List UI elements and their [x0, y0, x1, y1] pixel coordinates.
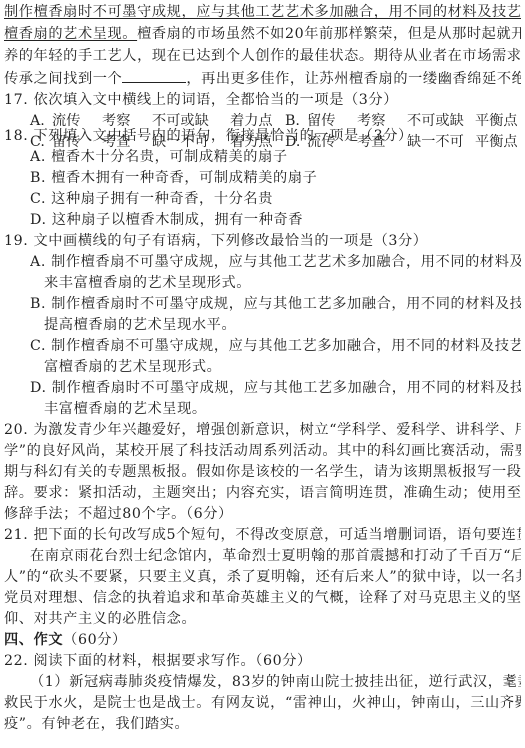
q19-option-d-line-2: 丰富檀香扇的艺术呈现。: [44, 399, 521, 420]
q20-line-4: 辞。要求：紧扣活动，主题突出；内容充实，语言简明连贯，准确生动；使用至少两种: [4, 483, 521, 504]
q18-option-a: A. 檀香木十分名贵，可制成精美的扇子: [30, 147, 521, 168]
q20-line-2: 学”的良好风尚，某校开展了科技活动周系列活动。其中的科幻画比赛活动，需要出一: [4, 441, 521, 462]
q18-option-b: B. 檀香木拥有一种奇香，可制成精美的扇子: [30, 168, 521, 189]
q18-option-d: D. 这种扇子以檀香木制成，拥有一种奇香: [30, 210, 521, 231]
fill-blank: [122, 68, 186, 83]
section-score: （60分）: [63, 632, 127, 648]
q22-material-1-line-1: （1）新冠病毒肺炎疫情爆发，83岁的钟南山院士披挂出征，逆行武汉，耄耋之年: [30, 672, 521, 693]
underlined-sentence-end: 檀香扇的艺术呈现。: [4, 26, 137, 42]
q18-option-c: C. 这种扇子拥有一种奇香，十分名贵: [30, 189, 521, 210]
q21-passage-line-3: 党员对理想、信念的执着追求和革命英雄主义的气概，诠释了对马克思主义的坚定信: [4, 588, 521, 609]
q21-stem: 21. 把下面的长句改写成5个短句，不得改变原意，可适当增删词语，语句要连贯。（…: [4, 525, 521, 546]
passage-text: 传承之间找到一个: [4, 71, 122, 87]
passage-text: ，再出更多佳作，让苏州檀香扇的一缕幽香绵延不绝。: [186, 71, 521, 87]
passage-text: 檀香扇的市场虽然不如20年前那样繁荣，但是从那时起就开始培: [137, 26, 521, 42]
passage-line-1: 制作檀香扇时不可墨守成规，应与其他工艺艺术多加融合，用不同的材料及技艺来丰富: [4, 2, 521, 23]
section-title: 四、作文: [4, 632, 63, 648]
q20-line-5: 修辞手法；不超过80个字。（6分）: [4, 504, 521, 525]
q19-option-b-line-2: 提高檀香扇的艺术呈现水平。: [44, 315, 521, 336]
q19-option-b-line-1: B. 制作檀香扇时不可墨守成规，应与其他工艺多加融合，用不同的材料及技艺来: [30, 294, 521, 315]
q22-material-1-line-2: 救民于水火，是院士也是战士。有网友说，“雷神山，火神山，钟南山，三山齐聚镇妖: [4, 693, 521, 714]
passage-line-2: 檀香扇的艺术呈现。檀香扇的市场虽然不如20年前那样繁荣，但是从那时起就开始培: [4, 24, 521, 45]
q20-line-1: 20. 为激发青少年兴趣爱好，增强创新意识，树立“学科学、爱科学、讲科学、用科: [4, 420, 521, 441]
q17-stem: 17. 依次填入文中横线上的词语，全都恰当的一项是（3分）: [4, 90, 521, 111]
q18-stem: 18. 下列填入文中括号内的语句，衔接最恰当的一项是（3分）: [4, 126, 521, 147]
q21-passage-line-1: 在南京雨花台烈士纪念馆内，革命烈士夏明翰的那首震撼和打动了千百万“后来: [30, 546, 521, 567]
q19-option-a-line-2: 来丰富檀香扇的艺术呈现形式。: [44, 273, 521, 294]
q21-passage-line-2: 人”的“砍头不要紧，只要主义真，杀了夏明翰，还有后来人”的狱中诗，以一名共产: [4, 567, 521, 588]
q22-stem: 22. 阅读下面的材料，根据要求写作。（60分）: [4, 651, 521, 672]
underlined-sentence: 制作檀香扇时不可墨守成规，应与其他工艺艺术多加融合，用不同的材料及技艺来丰富: [4, 4, 521, 20]
q19-option-c-line-1: C. 制作檀香扇不可墨守成规，应与其他工艺多加融合，用不同的材料及技艺来丰: [30, 336, 521, 357]
q19-option-a-line-1: A. 制作檀香扇不可墨守成规，应与其他工艺艺术多加融合，用不同的材料及技艺: [30, 252, 521, 273]
q20-line-3: 期与科幻有关的专题黑板报。假如你是该校的一名学生，请为该期黑板报写一段主题: [4, 462, 521, 483]
q19-stem: 19. 文中画横线的句子有语病，下列修改最恰当的一项是（3分）: [4, 231, 521, 252]
q22-material-1-line-3: 疫”。有钟老在，我们踏实。: [4, 714, 521, 735]
q19-option-c-line-2: 富檀香扇的艺术呈现形式。: [44, 357, 521, 378]
q21-passage-line-4: 仰、对共产主义的必胜信念。: [4, 609, 521, 630]
passage-line-4: 传承之间找到一个，再出更多佳作，让苏州檀香扇的一缕幽香绵延不绝。: [4, 68, 521, 89]
passage-line-3: 养的年轻的手工艺人，现在已达到个人创作的最佳状态。期待从业者在市场需求与艺术: [4, 46, 521, 67]
exam-page: 制作檀香扇时不可墨守成规，应与其他工艺艺术多加融合，用不同的材料及技艺来丰富 檀…: [0, 0, 525, 748]
section-4-heading: 四、作文（60分）: [4, 630, 521, 651]
q19-option-d-line-1: D. 制作檀香扇时不可墨守成规，应与其他工艺多加融合，用不同的材料及技艺来: [30, 378, 521, 399]
